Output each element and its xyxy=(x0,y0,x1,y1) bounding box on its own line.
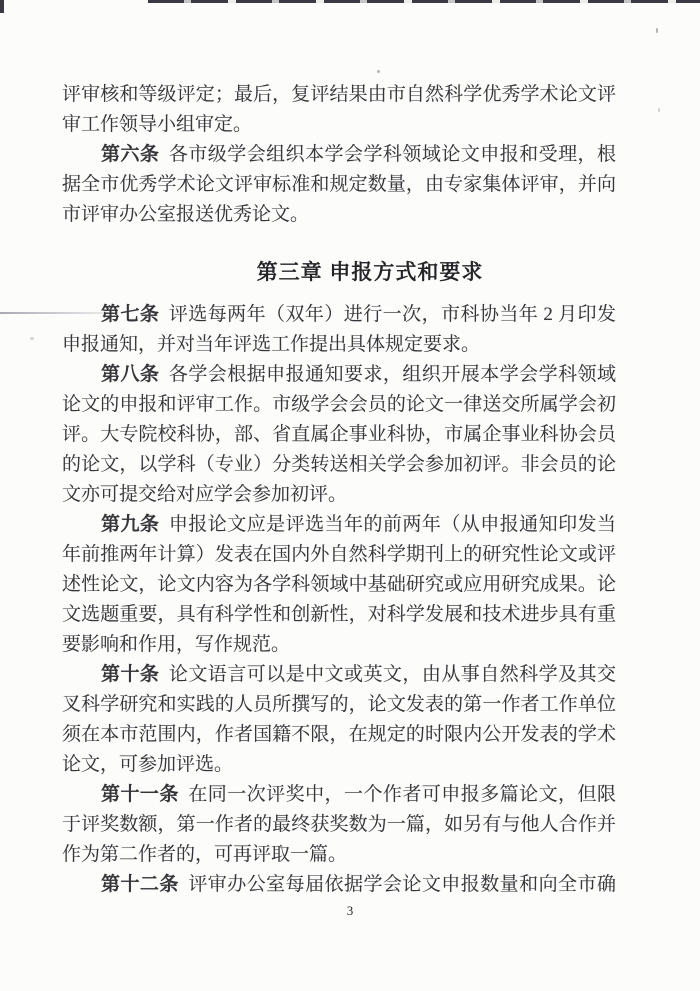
text-line: 第十二条评审办公室每届依据学会论文申报数量和向全市确 xyxy=(62,870,616,900)
text-line: 第七条评选每两年（双年）进行一次，市科协当年 2 月印发 xyxy=(62,300,616,330)
chapter-heading: 第三章 申报方式和要求 xyxy=(93,258,647,288)
text-line: 评审核和等级评定；最后，复评结果由市自然科学优秀学术论文评 xyxy=(62,80,616,110)
scan-speck xyxy=(377,70,380,73)
text-line: 第九条申报论文应是评选当年的前两年（从申报通知印发当 xyxy=(62,510,616,540)
text-line: 据全市优秀学术论文评审标准和规定数量，由专家集体评审，并向 xyxy=(62,170,616,200)
text-line: 论文，可参加评选。 xyxy=(62,750,616,780)
text-line: 申报通知，并对当年评选工作提出具体规定要求。 xyxy=(62,330,616,360)
scan-artifact-top-edge xyxy=(148,0,700,3)
text-line: 评。大专院校科协，部、省直属企事业科协，市属企事业科协会员 xyxy=(62,420,616,450)
text-line: 的论文，以学科（专业）分类转送相关学会参加初评。非会员的论 xyxy=(62,450,616,480)
text-line: 审工作领导小组审定。 xyxy=(62,110,616,140)
article-number: 第十一条 xyxy=(101,784,179,805)
text-line: 年前推两年计算）发表在国内外自然科学期刊上的研究性论文或评 xyxy=(62,540,616,570)
text-line: 论文的申报和评审工作。市级学会会员的论文一律送交所属学会初 xyxy=(62,390,616,420)
text-line: 作为第二作者的，可再评取一篇。 xyxy=(62,840,616,870)
text-line: 第十条论文语言可以是中文或英文，由从事自然科学及其交 xyxy=(62,660,616,690)
text-line: 叉科学研究和实践的人员所撰写的，论文发表的第一作者工作单位 xyxy=(62,690,616,720)
text-line: 要影响和作用，写作规范。 xyxy=(62,630,616,660)
text-line: 第十一条在同一次评奖中，一个作者可申报多篇论文，但限 xyxy=(62,780,616,810)
article-number: 第十二条 xyxy=(101,874,179,895)
article-number: 第十条 xyxy=(101,664,159,685)
article-number: 第七条 xyxy=(101,304,159,325)
scan-speck xyxy=(656,28,658,33)
document-body: 评审核和等级评定；最后，复评结果由市自然科学优秀学术论文评审工作领导小组审定。第… xyxy=(62,80,616,900)
scanned-page: 评审核和等级评定；最后，复评结果由市自然科学优秀学术论文评审工作领导小组审定。第… xyxy=(0,0,700,991)
article-number: 第六条 xyxy=(101,144,159,165)
scan-speck xyxy=(30,337,34,340)
text-line: 文亦可提交给对应学会参加初评。 xyxy=(62,480,616,510)
text-line: 文选题重要，具有科学性和创新性，对科学发展和技术进步具有重 xyxy=(62,600,616,630)
page-number: 3 xyxy=(0,903,700,919)
text-line: 第八条各学会根据申报通知要求，组织开展本学会学科领域 xyxy=(62,360,616,390)
text-line: 于评奖数额，第一作者的最终获奖数为一篇，如另有与他人合作并 xyxy=(62,810,616,840)
scan-speck xyxy=(658,108,660,112)
article-number: 第八条 xyxy=(101,364,159,385)
text-line: 第六条各市级学会组织本学会学科领域论文申报和受理，根 xyxy=(62,140,616,170)
article-number: 第九条 xyxy=(101,514,159,535)
scan-artifact-corner-mark xyxy=(0,0,4,13)
text-line: 述性论文，论文内容为各学科领域中基础研究或应用研究成果。论 xyxy=(62,570,616,600)
text-line: 须在本市范围内，作者国籍不限，在规定的时限内公开发表的学术 xyxy=(62,720,616,750)
text-line: 市评审办公室报送优秀论文。 xyxy=(62,200,616,230)
